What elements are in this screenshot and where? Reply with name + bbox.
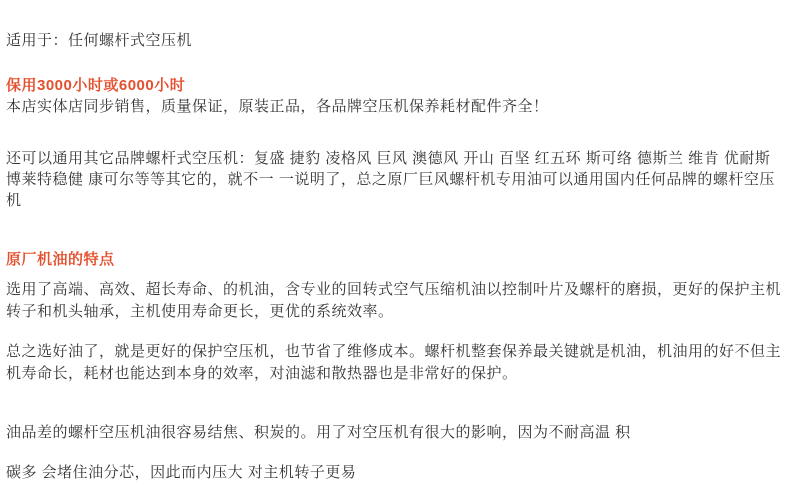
applicable-line: 适用于：任何螺杆式空压机 — [6, 30, 788, 51]
warranty-heading: 保用3000小时或6000小时 — [6, 74, 185, 95]
store-guarantee-line: 本店实体店同步销售，质量保证，原装正品，各品牌空压机保养耗材配件齐全！ — [6, 96, 788, 117]
oil-feature-paragraph-1: 选用了高端、高效、超长寿命、的机油，含专业的回转式空气压缩机油以控制叶片及螺杆的… — [6, 279, 788, 323]
product-description-page: 适用于：任何螺杆式空压机 保用3000小时或6000小时 本店实体店同步销售，质… — [0, 0, 790, 492]
poor-oil-warning-paragraph-1: 油品差的螺杆空压机油很容易结焦、积炭的。用了对空压机有很大的影响，因为不耐高温 … — [6, 422, 788, 443]
poor-oil-warning-paragraph-2: 碳多 会堵住油分芯，因此而内压大 对主机转子更易 — [6, 462, 788, 483]
oil-features-heading: 原厂机油的特点 — [6, 248, 115, 269]
compatible-brands-paragraph: 还可以通用其它品牌螺杆式空压机：复盛 捷豹 凌格风 巨风 澳德风 开山 百坚 红… — [6, 148, 788, 211]
oil-feature-paragraph-2: 总之选好油了，就是更好的保护空压机，也节省了维修成本。螺杆机整套保养最关键就是机… — [6, 341, 788, 385]
